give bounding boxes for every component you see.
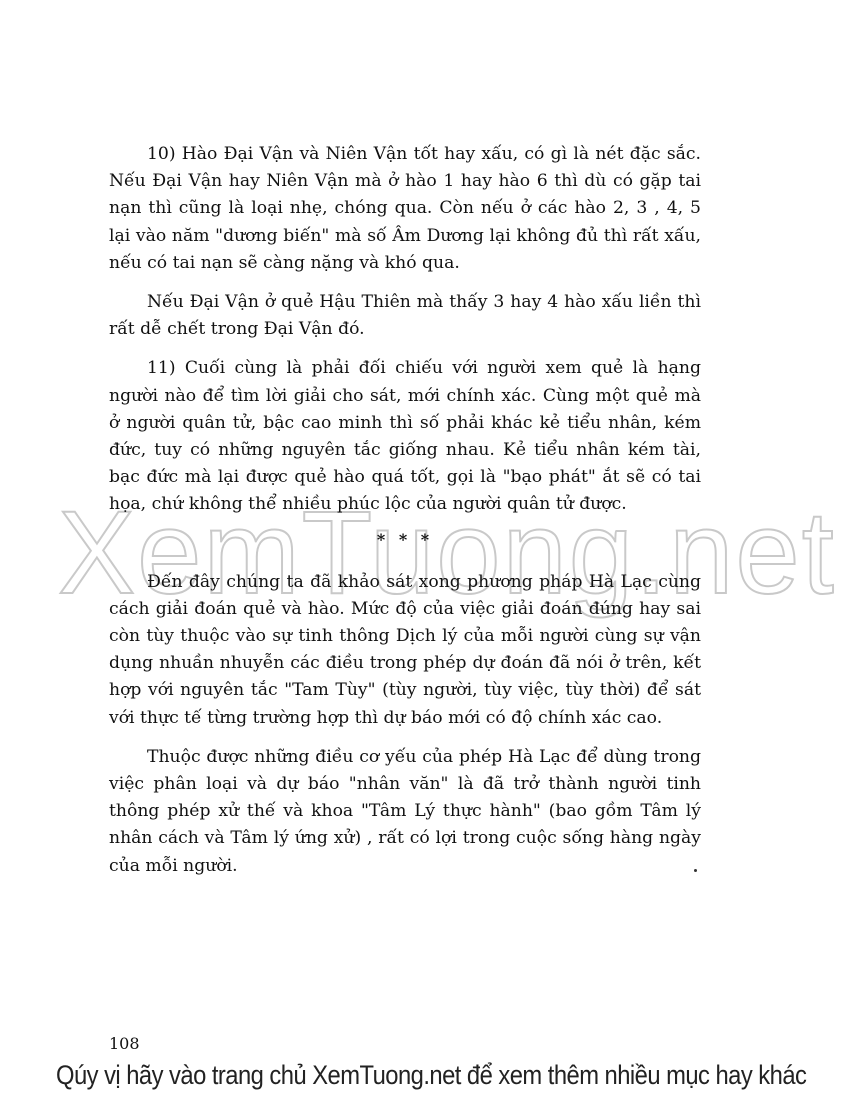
document-body: 10) Hào Đại Vận và Niên Vận tốt hay xấu,…	[109, 141, 701, 892]
page-number: 108	[109, 1034, 140, 1053]
paragraph-conclusion: Đến đây chúng ta đã khảo sát xong phương…	[109, 569, 701, 732]
document-page: XemTuong.net 10) Hào Đại Vận và Niên Vận…	[0, 0, 848, 1102]
paragraph-item-10: 10) Hào Đại Vận và Niên Vận tốt hay xấu,…	[109, 141, 701, 277]
site-promo-banner[interactable]: Qúy vị hãy vào trang chủ XemTuong.net để…	[56, 1055, 707, 1095]
paragraph-dai-van-hau-thien: Nếu Đại Vận ở quẻ Hậu Thiên mà thấy 3 ha…	[109, 289, 701, 343]
paragraph-closing: Thuộc được những điều cơ yếu của phép Hà…	[109, 744, 701, 880]
scan-speck	[694, 869, 697, 872]
paragraph-item-11: 11) Cuối cùng là phải đối chiếu với ngườ…	[109, 355, 701, 518]
section-separator: * * *	[109, 529, 701, 551]
